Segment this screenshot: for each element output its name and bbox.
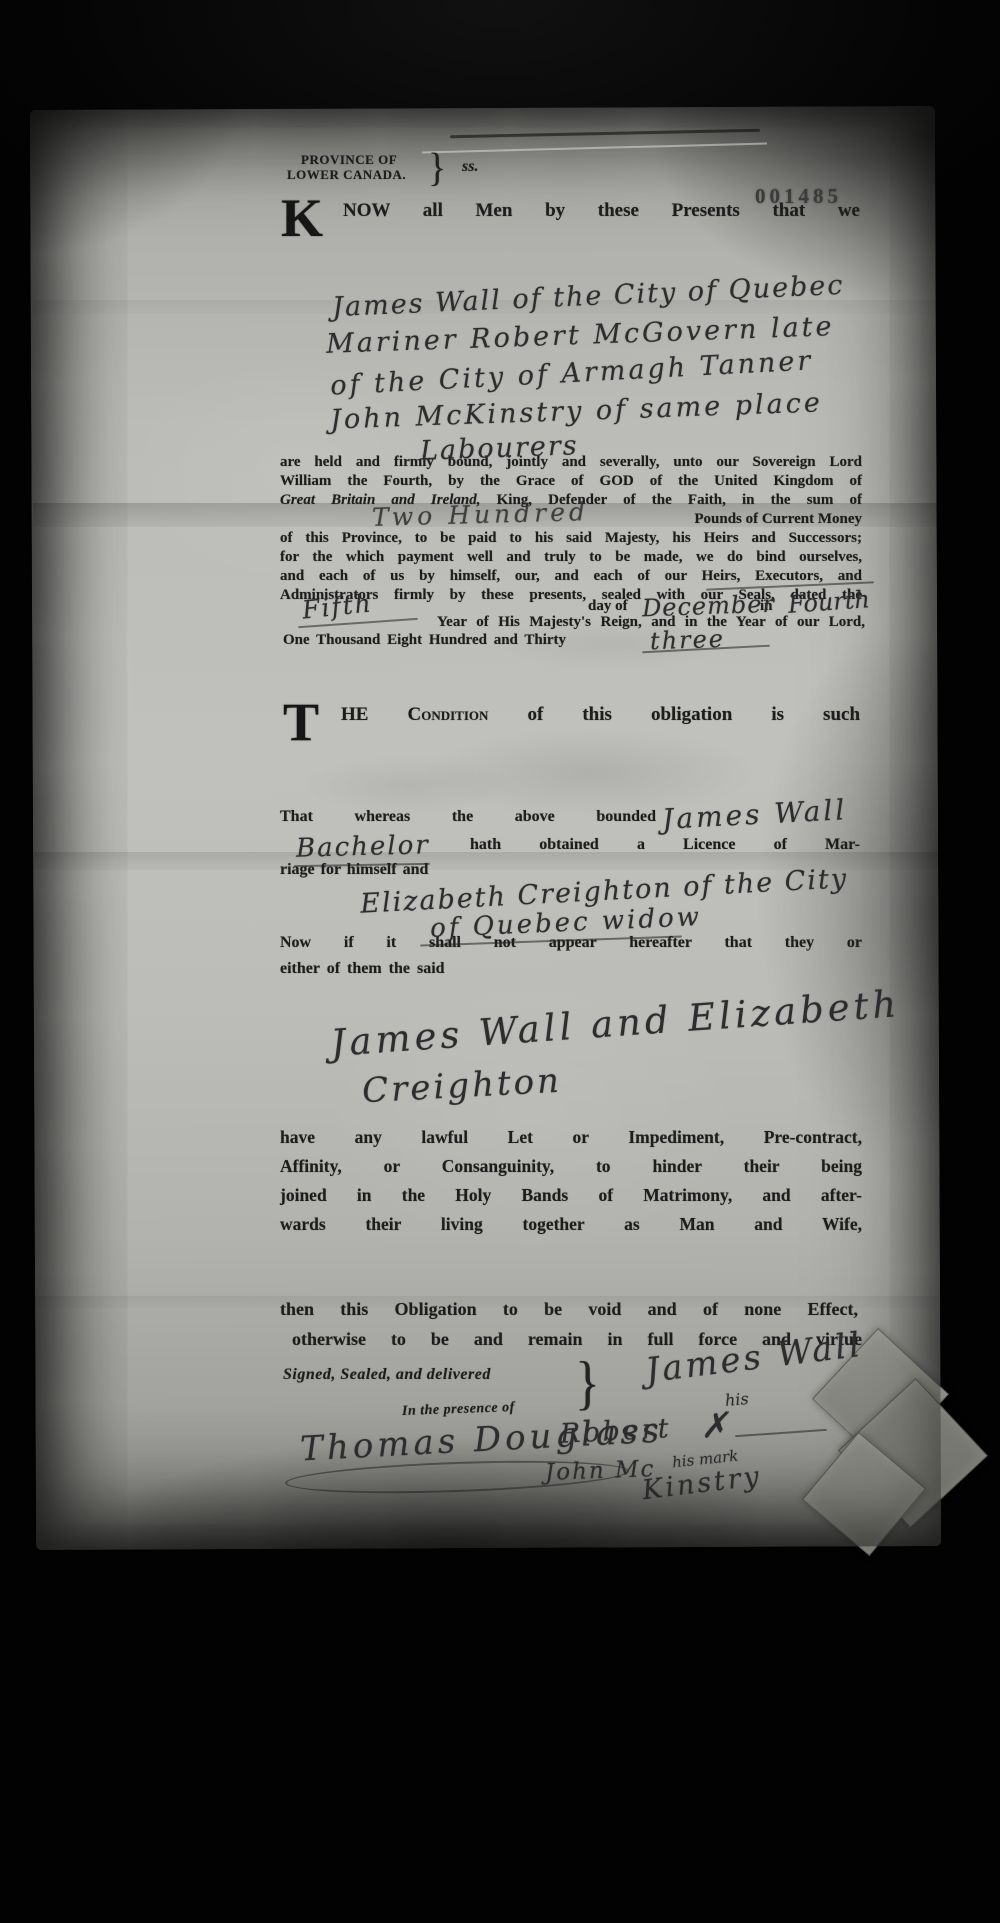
impediment-line-3: joined in the Holy Bands of Matrimony, a… bbox=[280, 1185, 862, 1206]
handwritten-regnal-year: Fourth bbox=[787, 585, 871, 619]
attestation-signed-sealed: Signed, Sealed, and delivered bbox=[283, 1366, 491, 1384]
condition-word: Condition bbox=[408, 704, 489, 725]
signature-robert: Robert bbox=[559, 1413, 672, 1450]
bond-line-5: of this Province, to be paid to his said… bbox=[280, 530, 862, 547]
bond-line-2: William the Fourth, by the Grace of GOD … bbox=[280, 473, 862, 490]
condition-dropcap: T bbox=[283, 700, 319, 746]
whereas-line-1: That whereas the above bounded bbox=[280, 808, 656, 826]
header-province-line1: PROVINCE OF bbox=[287, 152, 406, 167]
header-province: PROVINCE OF LOWER CANADA. bbox=[287, 152, 406, 182]
impediment-line-2: Affinity, or Consanguinity, to hinder th… bbox=[280, 1156, 862, 1177]
handwritten-sum: Two Hundred bbox=[372, 497, 590, 532]
microfilm-frame: PROVINCE OF LOWER CANADA. } ss. 001485 K… bbox=[0, 0, 1000, 1923]
opening-dropcap: K bbox=[281, 196, 323, 242]
attestation-brace: } bbox=[575, 1350, 600, 1418]
signature-x-mark: ✗ bbox=[699, 1405, 730, 1447]
handwritten-party-line-5: Labourers bbox=[420, 430, 580, 467]
condition-line: HE Condition of this obligation is such bbox=[341, 704, 860, 726]
impediment-line-4: wards their living together as Man and W… bbox=[280, 1214, 862, 1235]
opening-line: NOW all Men by these Presents that we bbox=[343, 200, 860, 222]
handwritten-month: December bbox=[642, 590, 776, 623]
whereas-line-2: hath obtained a Licence of Mar- bbox=[470, 836, 860, 854]
handwritten-groom-status: Bachelor bbox=[296, 830, 430, 863]
header-brace: } bbox=[428, 145, 446, 191]
signature-john: John Mc bbox=[545, 1456, 656, 1486]
condition-he: HE bbox=[341, 704, 408, 725]
printed-day-of: day of bbox=[588, 598, 628, 615]
header-province-line2: LOWER CANADA. bbox=[287, 167, 406, 182]
bond-line-6: for the which payment well and truly to … bbox=[280, 549, 862, 566]
bond-line-10: One Thousand Eight Hundred and Thirty bbox=[283, 632, 566, 649]
whereas-line-5: either of them the said bbox=[280, 960, 445, 978]
closing-line-1: then this Obligation to be void and of n… bbox=[280, 1299, 858, 1320]
impediment-line-1: have any lawful Let or Impediment, Pre-c… bbox=[280, 1127, 862, 1148]
bond-line-7: and each of us by himself, our, and each… bbox=[280, 568, 862, 585]
signature-his-word: his bbox=[724, 1389, 749, 1410]
header-ss-label: ss. bbox=[462, 158, 478, 176]
condition-rest: of this obligation is such bbox=[488, 704, 860, 725]
